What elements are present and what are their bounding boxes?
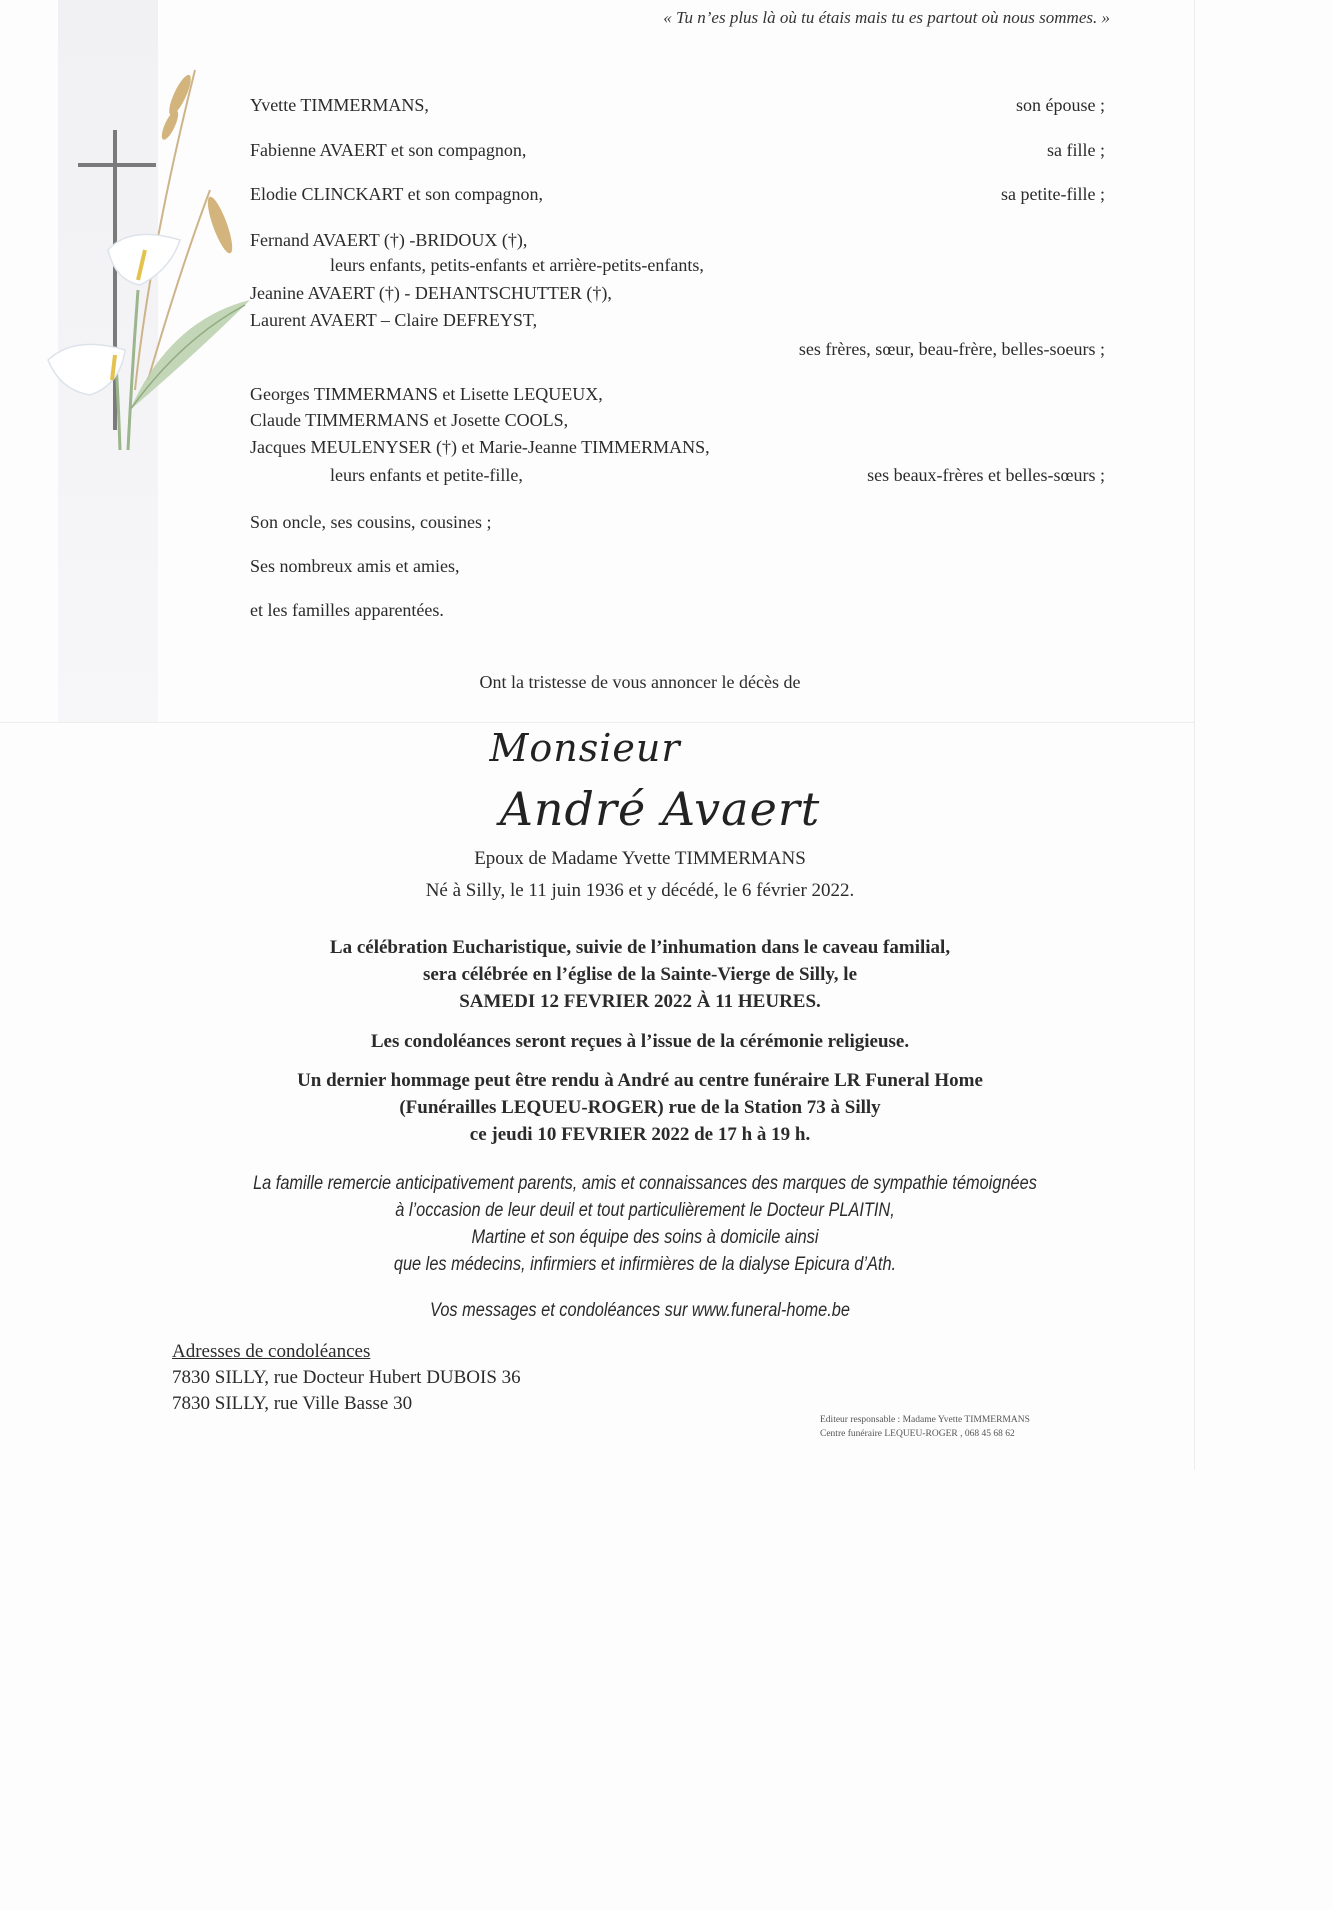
fold-line-vertical	[1194, 0, 1195, 1470]
address-line: 7830 SILLY, rue Ville Basse 30	[172, 1391, 521, 1417]
siblings-relation: ses frères, sœur, beau-frère, belles-soe…	[799, 337, 1105, 361]
editor-line: Editeur responsable : Madame Yvette TIMM…	[820, 1413, 1030, 1427]
editor-line: Centre funéraire LEQUEU-ROGER , 068 45 6…	[820, 1427, 1030, 1441]
cross-lily-illustration-icon	[20, 50, 260, 470]
deceased-name: André Avaert	[460, 782, 860, 836]
ceremony-line: La célébration Eucharistique, suivie de …	[190, 937, 1090, 959]
family-name: Elodie CLINCKART et son compagnon,	[250, 182, 543, 206]
thanks-line: que les médecins, infirmiers et infirmiè…	[194, 1251, 1097, 1278]
deceased-spouse: Epoux de Madame Yvette TIMMERMANS	[340, 848, 940, 870]
family-name: Fabienne AVAERT et son compagnon,	[250, 138, 526, 162]
announcement-text: Ont la tristesse de vous annoncer le déc…	[340, 672, 940, 693]
deceased-title: Monsieur	[420, 726, 750, 770]
visitation-line: Un dernier hommage peut être rendu à And…	[150, 1070, 1130, 1092]
addresses-title: Adresses de condoléances	[172, 1339, 521, 1365]
visitation-line: (Funérailles LEQUEU-ROGER) rue de la Sta…	[150, 1097, 1130, 1119]
ceremony-date: SAMEDI 12 FEVRIER 2022 À 11 HEURES.	[190, 991, 1090, 1013]
in-laws-relation: ses beaux-frères et belles-sœurs ;	[867, 463, 1105, 487]
ceremony-line: sera célébrée en l’église de la Sainte-V…	[190, 964, 1090, 986]
epigraph-quote: « Tu n’es plus là où tu étais mais tu es…	[560, 8, 1110, 28]
thanks-line: à l’occasion de leur deuil et tout parti…	[194, 1197, 1097, 1224]
address-line: 7830 SILLY, rue Docteur Hubert DUBOIS 36	[172, 1365, 521, 1391]
family-name: Yvette TIMMERMANS,	[250, 93, 429, 117]
condolences-note: Les condoléances seront reçues à l’issue…	[190, 1031, 1090, 1053]
family-relation: sa fille ;	[1047, 138, 1105, 162]
editor-info: Editeur responsable : Madame Yvette TIMM…	[820, 1413, 1030, 1441]
thanks-block: La famille remercie anticipativement par…	[120, 1170, 1170, 1278]
deceased-dates: Né à Silly, le 11 juin 1936 et y décédé,…	[340, 880, 940, 902]
online-condolences-link[interactable]: Vos messages et condoléances sur www.fun…	[382, 1300, 898, 1322]
thanks-line: La famille remercie anticipativement par…	[194, 1170, 1097, 1197]
family-relation: son épouse ;	[1016, 93, 1105, 117]
family-relation: sa petite-fille ;	[1001, 182, 1105, 206]
fold-line-horizontal	[0, 722, 1194, 723]
visitation-date: ce jeudi 10 FEVRIER 2022 de 17 h à 19 h.	[150, 1124, 1130, 1146]
condolence-addresses: Adresses de condoléances 7830 SILLY, rue…	[172, 1339, 521, 1417]
thanks-line: Martine et son équipe des soins à domici…	[194, 1224, 1097, 1251]
